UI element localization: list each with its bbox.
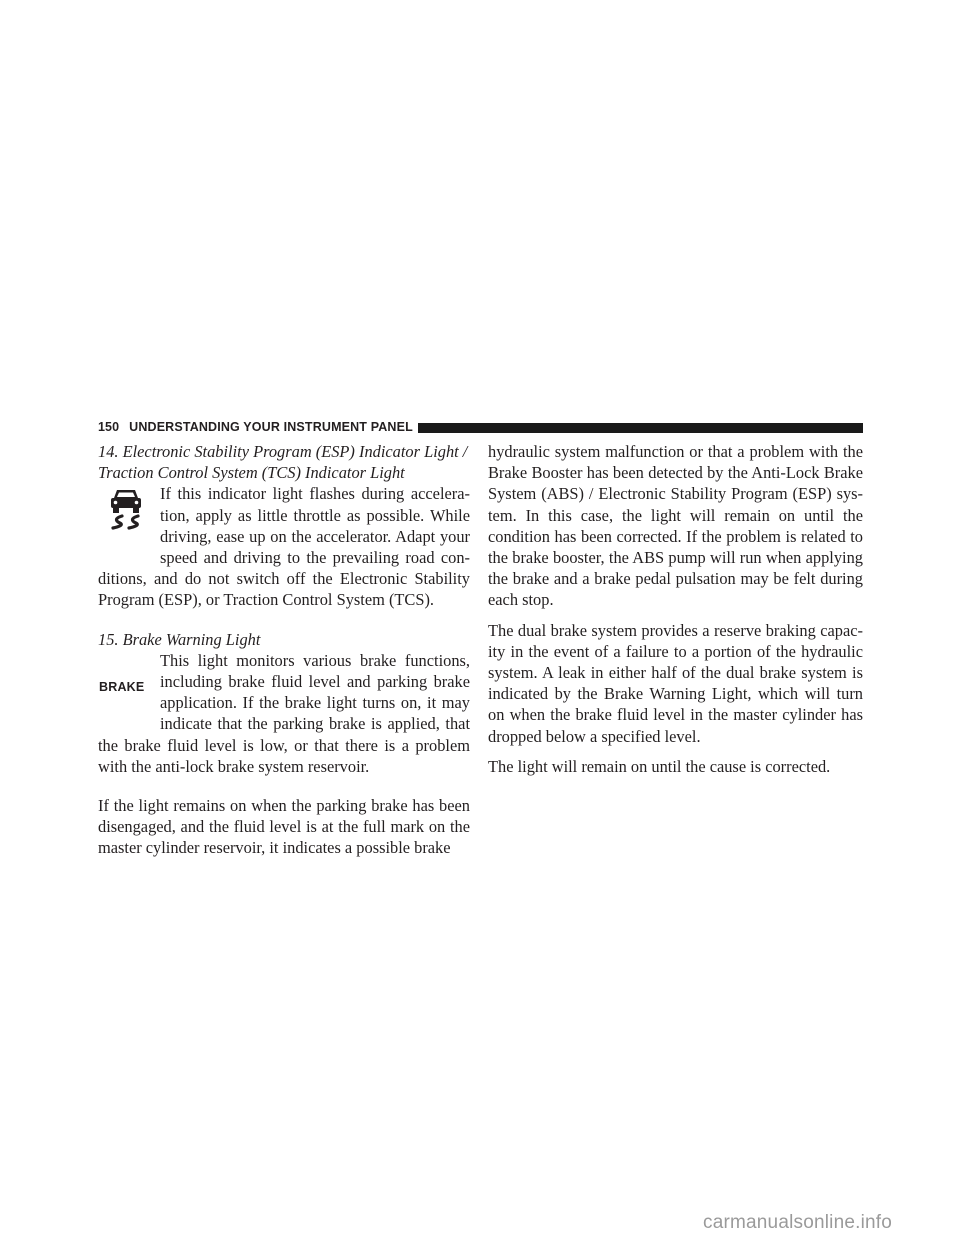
esp-tcs-section: If this indicator light flashes during a… (98, 483, 470, 619)
left-paragraph-3: If the light remains on when the parking… (98, 795, 470, 859)
brake-warning-icon: BRAKE (99, 677, 144, 698)
esp-tcs-heading: 14. Electronic Stability Program (ESP) I… (98, 441, 470, 483)
right-column: hydraulic system malfunction or that a p… (488, 441, 863, 786)
section-title: UNDERSTANDING YOUR INSTRUMENT PANEL (129, 420, 413, 434)
page-number: 150 (98, 420, 119, 434)
right-paragraph-2: The dual brake system provides a reserve… (488, 620, 863, 747)
esp-icon-container (98, 483, 160, 567)
left-column: 14. Electronic Stability Program (ESP) I… (98, 441, 470, 868)
brake-warning-heading: 15. Brake Warning Light (98, 629, 470, 650)
brake-warning-section: BRAKE This light monitors various brake … (98, 650, 470, 786)
header-bar (418, 423, 863, 433)
right-paragraph-1: hydraulic system malfunction or that a p… (488, 441, 863, 611)
esp-skidding-car-icon (110, 488, 142, 530)
brake-icon-container: BRAKE (98, 650, 160, 734)
right-paragraph-3: The light will remain on until the cause… (488, 756, 863, 777)
page-header: 150 UNDERSTANDING YOUR INSTRUMENT PANEL (98, 419, 863, 435)
watermark: carmanualsonline.info (703, 1212, 892, 1234)
